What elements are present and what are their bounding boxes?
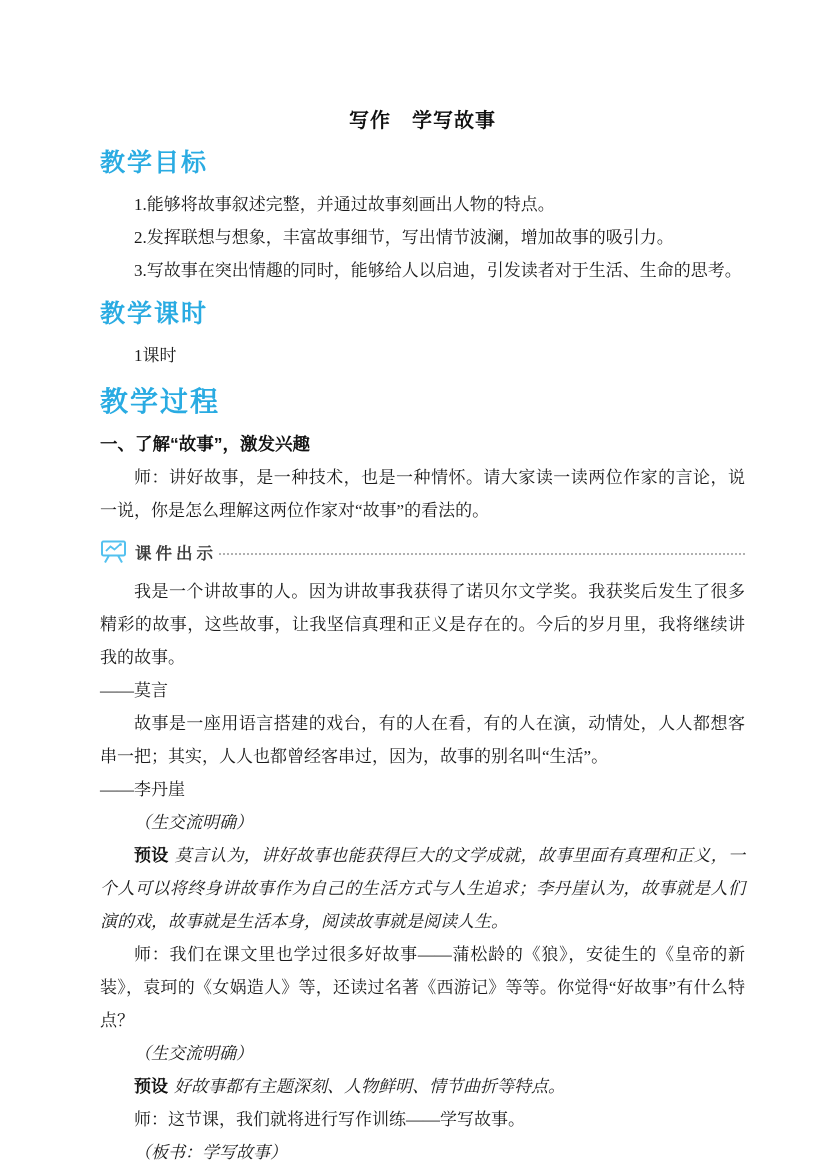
board-writing-note: （板书：学写故事）	[100, 1136, 745, 1169]
heading-teaching-process: 教学过程	[100, 382, 745, 422]
preset-text-1: 莫言认为，讲好故事也能获得巨大的文学成就，故事里面有真理和正义，一个人可以将终身…	[100, 846, 745, 931]
quote-lidanya-author: ——李丹崖	[100, 773, 745, 806]
step1-title: 一、了解“故事”，激发兴趣	[100, 428, 745, 461]
preset-text-2: 好故事都有主题深刻、人物鲜明、情节曲折等特点。	[174, 1077, 565, 1096]
lesson-plan-page: 写作 学写故事 教学目标 1.能够将故事叙述完整，并通过故事刻画出人物的特点。 …	[0, 0, 827, 1169]
objective-item-2: 2.发挥联想与想象，丰富故事细节，写出情节波澜，增加故事的吸引力。	[100, 221, 745, 254]
preset-label-2: 预设	[134, 1077, 168, 1096]
courseware-display-row: 课件出示	[100, 535, 745, 568]
dotted-divider	[219, 553, 745, 555]
preset-paragraph-2: 预设好故事都有主题深刻、人物鲜明、情节曲折等特点。	[100, 1070, 745, 1103]
preset-paragraph-1: 预设莫言认为，讲好故事也能获得巨大的文学成就，故事里面有真理和正义，一个人可以将…	[100, 839, 745, 938]
teacher-paragraph-3: 师：这节课，我们就将进行写作训练——学写故事。	[100, 1103, 745, 1136]
quote-lidanya-text: 故事是一座用语言搭建的戏台，有的人在看，有的人在演，动情处，人人都想客串一把；其…	[100, 707, 745, 773]
student-exchange-note-1: （生交流明确）	[100, 806, 745, 839]
objective-item-1: 1.能够将故事叙述完整，并通过故事刻画出人物的特点。	[100, 188, 745, 221]
page-title: 写作 学写故事	[100, 106, 745, 136]
quote-moyan-author: ——莫言	[100, 674, 745, 707]
objective-item-3: 3.写故事在突出情趣的同时，能够给人以启迪，引发读者对于生活、生命的思考。	[100, 254, 745, 287]
quote-moyan-text: 我是一个讲故事的人。因为讲故事我获得了诺贝尔文学奖。我获奖后发生了很多精彩的故事…	[100, 575, 745, 674]
hours-text: 1课时	[100, 339, 745, 372]
student-exchange-note-2: （生交流明确）	[100, 1037, 745, 1070]
presentation-board-icon	[100, 539, 127, 564]
preset-label-1: 预设	[134, 846, 169, 865]
courseware-label: 课件出示	[135, 540, 217, 564]
teacher-paragraph-2: 师：我们在课文里也学过很多好故事——蒲松龄的《狼》，安徒生的《皇帝的新装》，袁珂…	[100, 938, 745, 1037]
heading-teaching-hours: 教学课时	[100, 297, 745, 331]
heading-teaching-objectives: 教学目标	[100, 146, 745, 180]
teacher-intro-paragraph: 师：讲好故事，是一种技术，也是一种情怀。请大家读一读两位作家的言论，说一说，你是…	[100, 461, 745, 527]
